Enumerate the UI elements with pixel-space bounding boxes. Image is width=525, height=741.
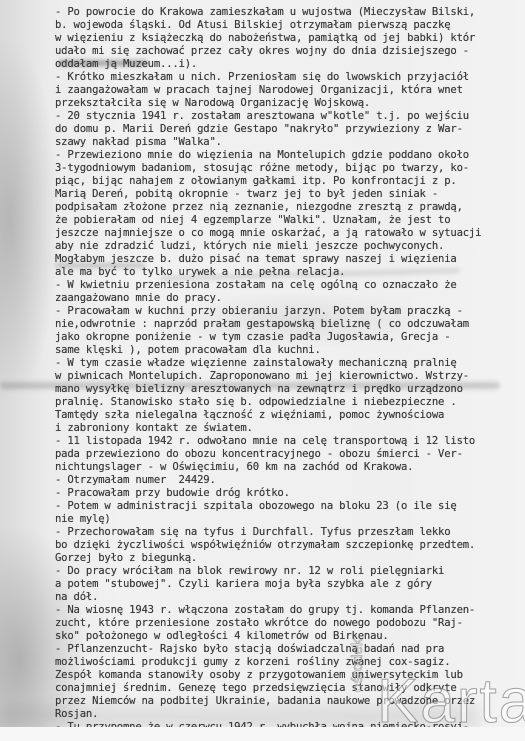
text-line: jeszcze najmniejsze o co mogą mnie oskar… <box>55 227 525 240</box>
text-line: - Pracowałam w kuchni przy obieraniu jar… <box>55 305 525 318</box>
document-page: - Po powrocie do Krakowa zamieszkałam u … <box>0 0 525 727</box>
text-line: - Przewieziono mnie do więzienia na Mont… <box>55 149 525 162</box>
text-line: - 20 stycznia 1941 r. zostałam aresztowa… <box>55 110 525 123</box>
text-line: Tamtędy szła nielegalna łączność z więźn… <box>55 409 525 422</box>
text-line: w piwnicach Montelupich. Zaproponowano m… <box>55 370 525 383</box>
text-line: w więzieniu z książeczką do nabożeństwa,… <box>55 32 525 45</box>
text-line: oddałam ją Muzeum...i). <box>55 58 525 71</box>
text-line: bo dzięki życzliwości współwięźniów otrz… <box>55 539 525 552</box>
text-line: nie mylę) <box>55 513 525 526</box>
text-line: - Przechorowałam się na tyfus i Durchfal… <box>55 526 525 539</box>
text-line: - Krótko mieszkałam u nich. Przeniosłam … <box>55 71 525 84</box>
text-line: udało mi się zachować przez cały okres w… <box>55 45 525 58</box>
text-line: sko" położonego w odległości 4 kilometró… <box>55 630 525 643</box>
text-line: - Otrzymałam numer 24429. <box>55 474 525 487</box>
text-line: 3-tygodniowym badaniom, stosując różne m… <box>55 162 525 175</box>
text-line: piąc, bijąc nahajem z ołowianym gałkami … <box>55 175 525 188</box>
text-line: szawy nakład pisma "Walka". <box>55 136 525 149</box>
text-line: same klęski ), potem pracowałam dla kuch… <box>55 344 525 357</box>
text-line: pralnię. Stanowisko stało się b. odpowie… <box>55 396 525 409</box>
text-line: pada przewieziono do obozu koncentracyjn… <box>55 448 525 461</box>
text-line: zucht, które przeniesione zostało wkrótc… <box>55 617 525 630</box>
text-line: conajmniej średnim. Genezę tego przedsię… <box>55 682 525 695</box>
text-line: - W kwietniu przeniesiona zostałam na ce… <box>55 279 525 292</box>
typewritten-text: - Po powrocie do Krakowa zamieszkałam u … <box>55 6 525 741</box>
text-line: zaangażowano mnie do pracy. <box>55 292 525 305</box>
text-line: przez Niemców na podbitej Ukrainie, bada… <box>55 695 525 708</box>
text-line: do domu p. Marii Dereń gdzie Gestapo "na… <box>55 123 525 136</box>
text-line: nichtungslager - w Oświęcimiu, 60 km na … <box>55 461 525 474</box>
text-line: - Po powrocie do Krakowa zamieszkałam u … <box>55 6 525 19</box>
text-line: aby nie zdradzić ludzi, których nie miel… <box>55 240 525 253</box>
text-line: - Do pracy wróciłam na blok rewirowy nr.… <box>55 565 525 578</box>
text-line: - Potem w administracji szpitala obozowe… <box>55 500 525 513</box>
text-line: Marią Dereń, pobitą okropnie - twarz jej… <box>55 188 525 201</box>
text-line: ale ma być to tylko urywek a nie pełna r… <box>55 266 525 279</box>
text-line: a potem "stubowej". Czyli kariera moja b… <box>55 578 525 591</box>
text-line: i zaangażowałam w pracach tajnej Narodow… <box>55 84 525 97</box>
text-line: jako okropne poniżenie - w tym czasie pa… <box>55 331 525 344</box>
text-line: że pobierałam od niej 4 egzemplarze "Wal… <box>55 214 525 227</box>
text-line: - Na wiosnę 1943 r. włączona zostałam do… <box>55 604 525 617</box>
text-line: b. wojewoda śląski. Od Atusi Bilskiej ot… <box>55 19 525 32</box>
text-line: - 11 listopada 1942 r. odwołano mnie na … <box>55 435 525 448</box>
text-line: nie,odwrotnie : naprzód prałam gestapows… <box>55 318 525 331</box>
text-line: mano wysyłkę bielizny aresztowanych na z… <box>55 383 525 396</box>
text-line: podpisałam złożone przez nią zeznanie, n… <box>55 201 525 214</box>
page-margin <box>0 727 525 741</box>
text-line: na dół. <box>55 591 525 604</box>
text-line: przekształciła się w Narodową Organizacj… <box>55 97 525 110</box>
text-line: Mogłabym jeszcze b. dużo pisać na temat … <box>55 253 525 266</box>
text-line: - Pflanzenzucht- Rajsko było stacją dośw… <box>55 643 525 656</box>
text-line: i zabroniony kontakt ze światem. <box>55 422 525 435</box>
text-line: Rosjan. <box>55 708 525 721</box>
text-line: możliwościami produkcji gumy z korzeni r… <box>55 656 525 669</box>
text-line: Zespół komanda stanowiły osoby z przygot… <box>55 669 525 682</box>
text-line: - W tym czasie władze więzienne zainstal… <box>55 357 525 370</box>
text-line: - Pracowałam przy budowie dróg krótko. <box>55 487 525 500</box>
text-line: Gorzej było z biegunką. <box>55 552 525 565</box>
